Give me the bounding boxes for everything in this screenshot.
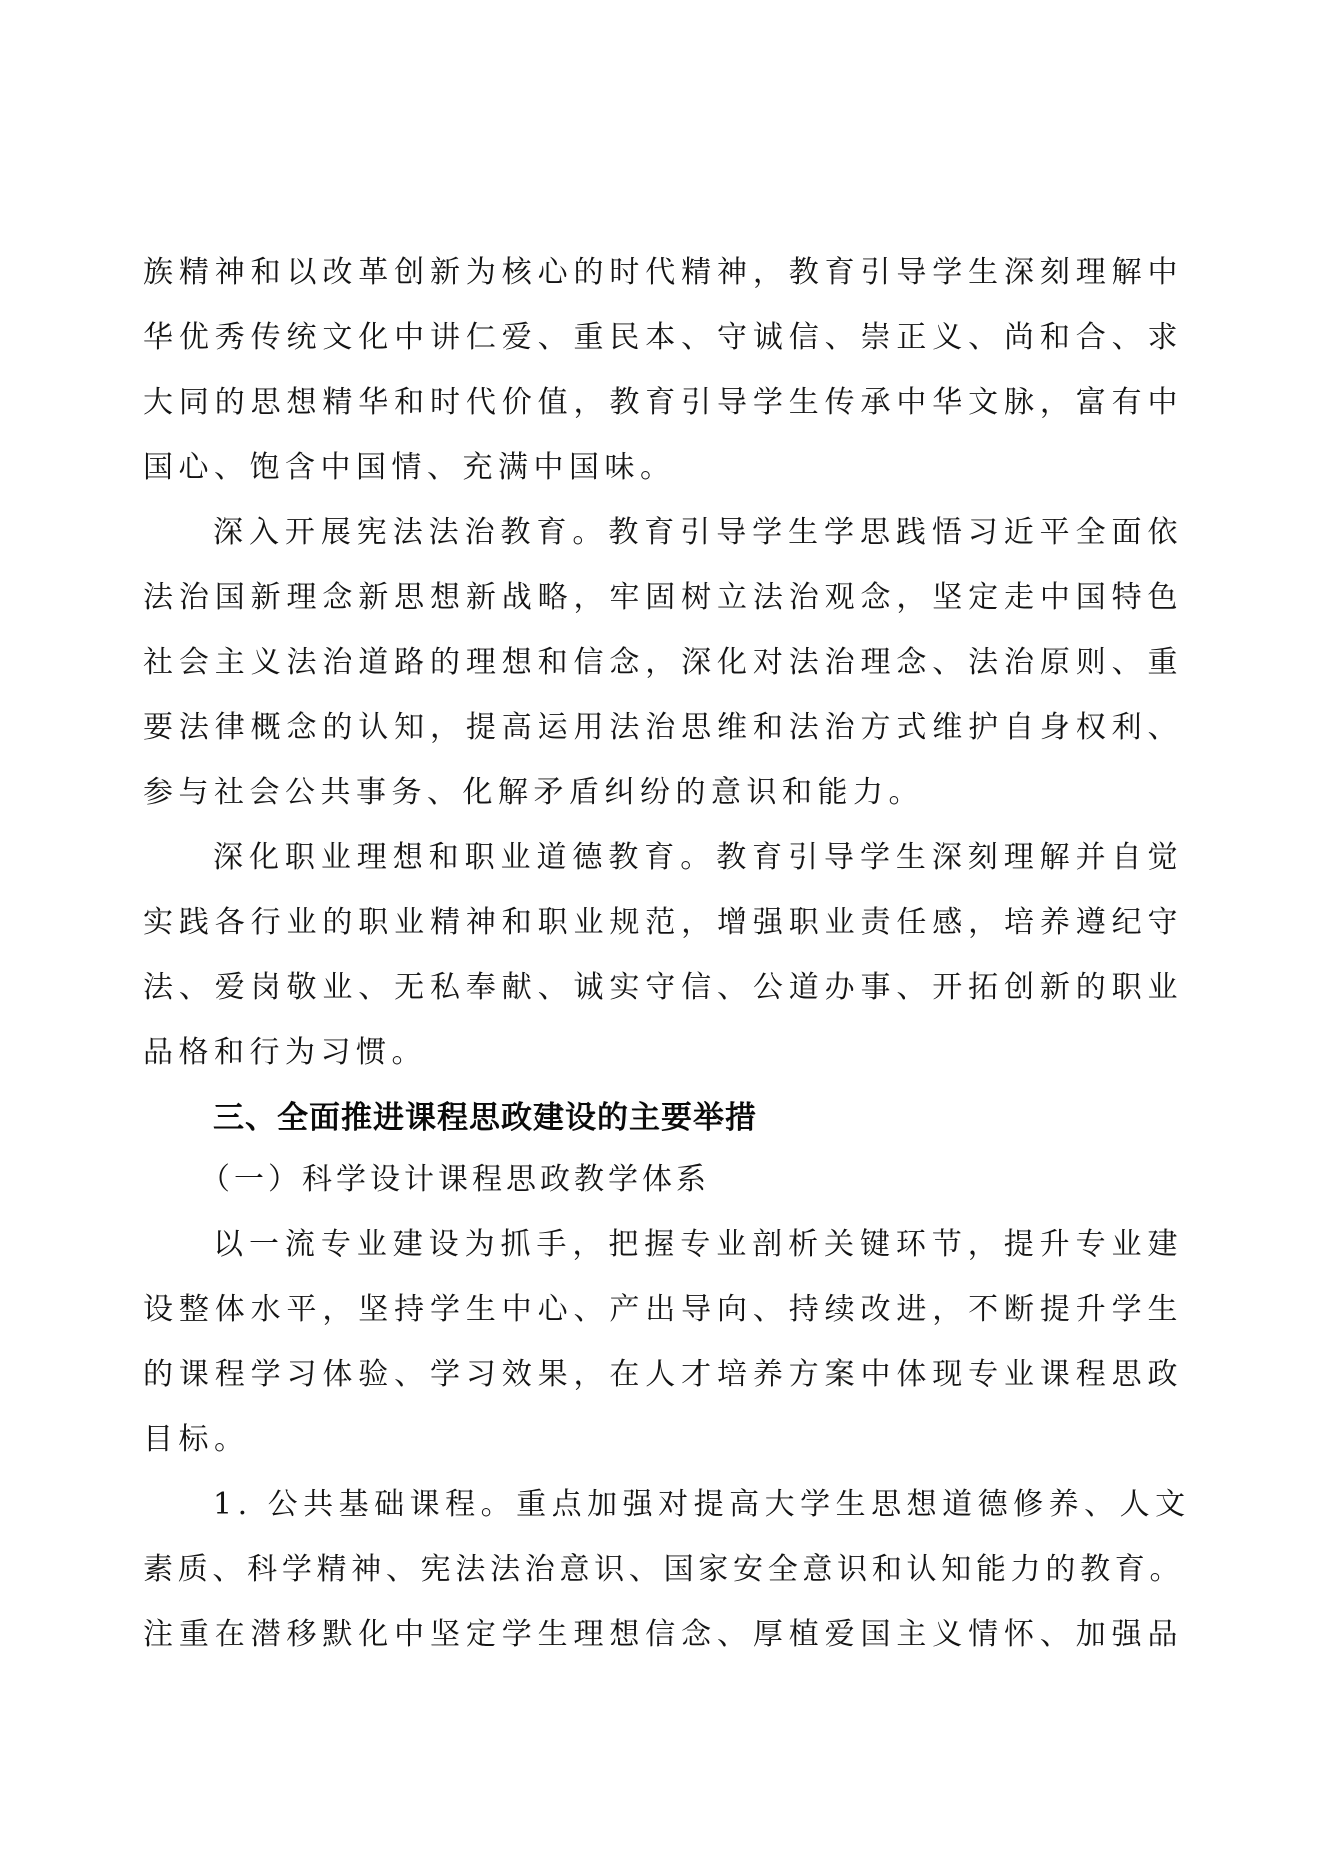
section-heading: 三、全面推进课程思政建设的主要举措 bbox=[213, 1095, 757, 1141]
paragraph-line: 参与社会公共事务、化解矛盾纠纷的意识和能力。 bbox=[143, 771, 1183, 815]
paragraph-line: 社会主义法治道路的理想和信念，深化对法治理念、法治原则、重 bbox=[143, 641, 1183, 685]
paragraph-line: 要法律概念的认知，提高运用法治思维和法治方式维护自身权利、 bbox=[143, 706, 1183, 750]
paragraph-line: 品格和行为习惯。 bbox=[143, 1031, 1183, 1075]
paragraph-line: 国心、饱含中国情、充满中国味。 bbox=[143, 446, 1183, 490]
subsection-heading: （一）科学设计课程思政教学体系 bbox=[200, 1158, 710, 1202]
paragraph-first-line: 以一流专业建设为抓手，把握专业剖析关键环节，提升专业建 bbox=[213, 1223, 1183, 1267]
paragraph-line: 华优秀传统文化中讲仁爱、重民本、守诚信、崇正义、尚和合、求 bbox=[143, 316, 1183, 360]
paragraph-first-line: 深化职业理想和职业道德教育。教育引导学生深刻理解并自觉 bbox=[213, 836, 1183, 880]
paragraph-line: 的课程学习体验、学习效果，在人才培养方案中体现专业课程思政 bbox=[143, 1353, 1183, 1397]
paragraph-line: 素质、科学精神、宪法法治意识、国家安全意识和认知能力的教育。 bbox=[143, 1548, 1183, 1592]
paragraph-line: 族精神和以改革创新为核心的时代精神，教育引导学生深刻理解中 bbox=[143, 251, 1183, 295]
paragraph-first-line: 深入开展宪法法治教育。教育引导学生学思践悟习近平全面依 bbox=[213, 511, 1183, 555]
paragraph-line: 注重在潜移默化中坚定学生理想信念、厚植爱国主义情怀、加强品 bbox=[143, 1613, 1183, 1657]
paragraph-line: 目标。 bbox=[143, 1418, 1183, 1462]
paragraph-line: 实践各行业的职业精神和职业规范，增强职业责任感，培养遵纪守 bbox=[143, 901, 1183, 945]
paragraph-line: 设整体水平，坚持学生中心、产出导向、持续改进，不断提升学生 bbox=[143, 1288, 1183, 1332]
paragraph-first-line: 1. 公共基础课程。重点加强对提高大学生思想道德修养、人文 bbox=[213, 1483, 1183, 1527]
paragraph-line: 法治国新理念新思想新战略，牢固树立法治观念，坚定走中国特色 bbox=[143, 576, 1183, 620]
paragraph-line: 法、爱岗敬业、无私奉献、诚实守信、公道办事、开拓创新的职业 bbox=[143, 966, 1183, 1010]
document-page: 族精神和以改革创新为核心的时代精神，教育引导学生深刻理解中 华优秀传统文化中讲仁… bbox=[0, 0, 1323, 1871]
paragraph-line: 大同的思想精华和时代价值，教育引导学生传承中华文脉，富有中 bbox=[143, 381, 1183, 425]
